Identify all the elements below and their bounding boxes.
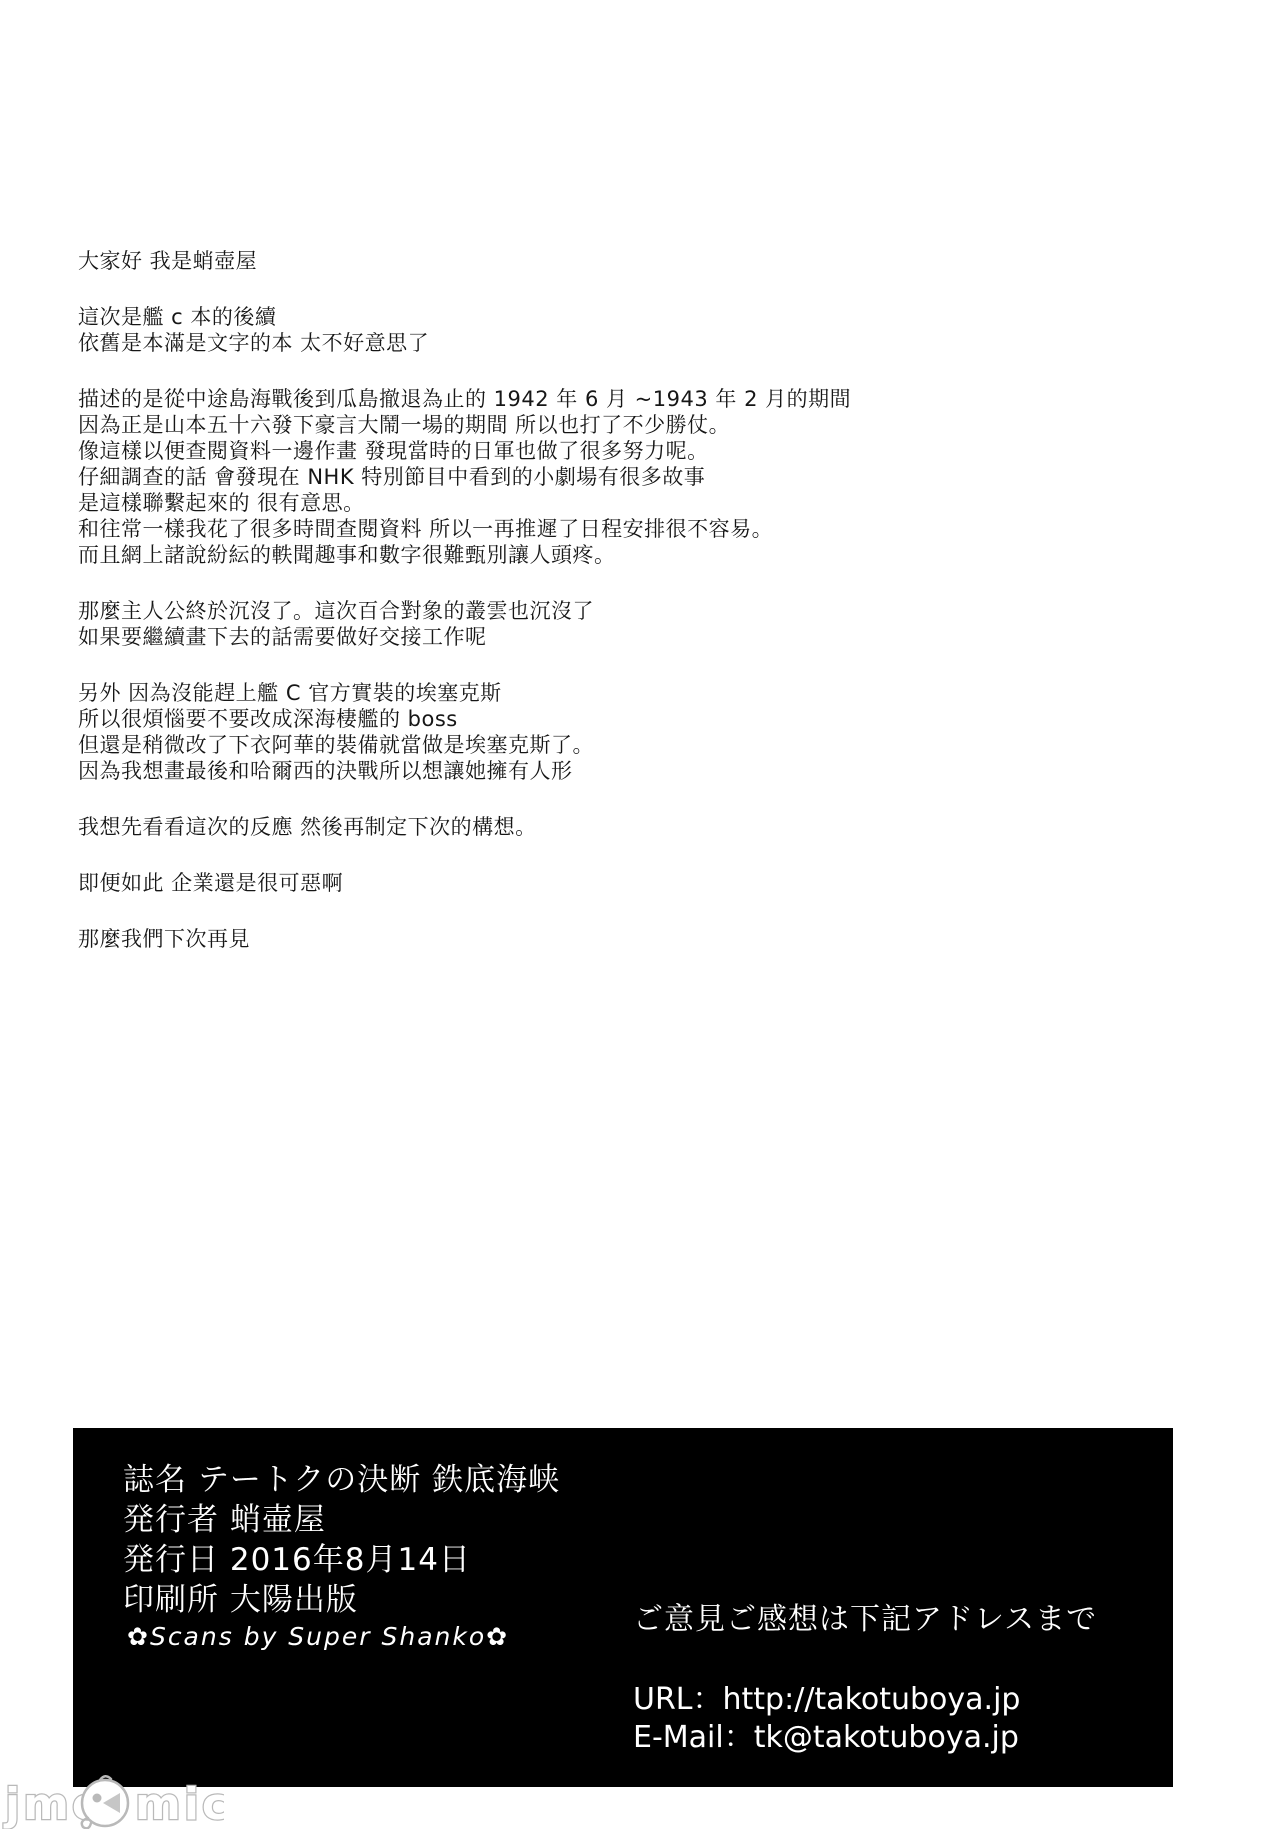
body-text-line: 這次是艦 c 本的後續 <box>78 304 851 330</box>
body-text-line: 即便如此 企業還是很可惡啊 <box>78 870 851 896</box>
scans-credit: ✿Scans by Super Shanko✿ <box>127 1622 509 1651</box>
body-text-line: 我想先看看這次的反應 然後再制定下次的構想。 <box>78 814 851 840</box>
body-text-line: 如果要繼續畫下去的話需要做好交接工作呢 <box>78 624 851 650</box>
afterword-text: 大家好 我是蛸壺屋 這次是艦 c 本的後續 依舊是本滿是文字的本 太不好意思了 … <box>78 248 851 982</box>
body-text-line: 而且網上諸說紛紜的軼聞趣事和數字很難甄別讓人頭疼。 <box>78 542 851 568</box>
contact-email: E-Mail：tk@takotuboya.jp <box>633 1712 1019 1756</box>
scanned-afterword-page: 大家好 我是蛸壺屋 這次是艦 c 本的後續 依舊是本滿是文字的本 太不好意思了 … <box>0 0 1280 1829</box>
body-text-line: 仔細調查的話 會發現在 NHK 特別節目中看到的小劇場有很多故事 <box>78 464 851 490</box>
body-text-line: 大家好 我是蛸壺屋 <box>78 248 851 274</box>
body-text-line: 所以很煩惱要不要改成深海棲艦的 boss <box>78 706 851 732</box>
colophon-box: 誌名 テートクの決断 鉄底海峡 発行者 蛸壷屋 発行日 2016年8月14日 印… <box>73 1428 1173 1787</box>
body-text-line: 因為正是山本五十六發下豪言大鬧一場的期間 所以也打了不少勝仗。 <box>78 412 851 438</box>
afterword-paragraph: 那麼主人公終於沉沒了。這次百合對象的叢雲也沉沒了 如果要繼續畫下去的話需要做好交… <box>78 598 851 650</box>
body-text-line: 但還是稍微改了下衣阿華的裝備就當做是埃塞克斯了。 <box>78 732 851 758</box>
magazine-title-line: 誌名 テートクの決断 鉄底海峡 <box>123 1460 560 1500</box>
body-text-line: 依舊是本滿是文字的本 太不好意思了 <box>78 330 851 356</box>
afterword-paragraph: 即便如此 企業還是很可惡啊 <box>78 870 851 896</box>
feedback-note: ご意見ご感想は下記アドレスまで <box>633 1594 1097 1638</box>
jmcomic-watermark: jmc mic <box>2 1772 224 1829</box>
afterword-paragraph: 另外 因為沒能趕上艦 C 官方實裝的埃塞克斯 所以很煩惱要不要改成深海棲艦的 b… <box>78 680 851 784</box>
afterword-paragraph: 描述的是從中途島海戰後到瓜島撤退為止的 1942 年 6 月 ~1943 年 2… <box>78 386 851 568</box>
afterword-paragraph: 大家好 我是蛸壺屋 <box>78 248 851 274</box>
body-text-line: 另外 因為沒能趕上艦 C 官方實裝的埃塞克斯 <box>78 680 851 706</box>
body-text-line: 那麼主人公終於沉沒了。這次百合對象的叢雲也沉沒了 <box>78 598 851 624</box>
body-text-line: 因為我想畫最後和哈爾西的決戰所以想讓她擁有人形 <box>78 758 851 784</box>
body-text-line: 像這樣以便查閱資料一邊作畫 發現當時的日軍也做了很多努力呢。 <box>78 438 851 464</box>
afterword-paragraph: 我想先看看這次的反應 然後再制定下次的構想。 <box>78 814 851 840</box>
watermark-text-right: mic <box>135 1779 224 1829</box>
body-text-line: 描述的是從中途島海戰後到瓜島撤退為止的 1942 年 6 月 ~1943 年 2… <box>78 386 851 412</box>
body-text-line: 是這樣聯繫起來的 很有意思。 <box>78 490 851 516</box>
publish-date-line: 発行日 2016年8月14日 <box>123 1540 560 1580</box>
afterword-paragraph: 那麼我們下次再見 <box>78 926 851 952</box>
publication-info: 誌名 テートクの決断 鉄底海峡 発行者 蛸壷屋 発行日 2016年8月14日 印… <box>123 1460 560 1620</box>
body-text-line: 那麼我們下次再見 <box>78 926 851 952</box>
publisher-line: 発行者 蛸壷屋 <box>123 1500 560 1540</box>
printer-line: 印刷所 大陽出版 <box>123 1580 560 1620</box>
afterword-paragraph: 這次是艦 c 本的後續 依舊是本滿是文字的本 太不好意思了 <box>78 304 851 356</box>
body-text-line: 和往常一樣我花了很多時間查閱資料 所以一再推遲了日程安排很不容易。 <box>78 516 851 542</box>
